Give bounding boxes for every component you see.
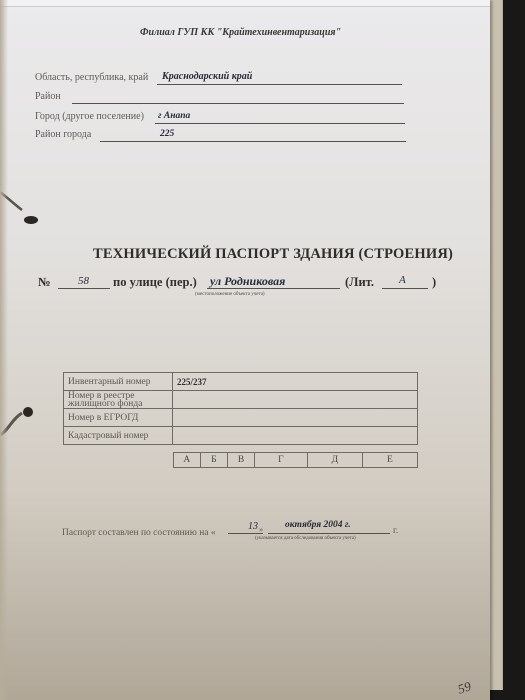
lit-label: (Лит. [345,275,374,290]
housing-registry-label: Номер в реестре жилищного фонда [64,391,173,409]
table-row: Инвентарный номер 225/237 [64,373,418,391]
inventory-number-label: Инвентарный номер [64,373,173,391]
day-line [228,533,263,534]
city-district-label: Район города [35,129,91,140]
page-number: 59 [456,678,473,697]
region-line [157,84,402,85]
letter-column: Г [254,453,307,468]
number-label: № [38,275,51,290]
street-line [207,288,340,289]
binding-string-top [0,170,45,230]
region-value: Краснодарский край [162,71,252,82]
date-label: Паспорт составлен по состоянию на « [62,528,216,538]
city-district-value: 225 [160,129,174,139]
day-close: » [259,525,263,534]
binding-string-bottom [0,395,40,445]
month-year-line [268,533,390,534]
number-line [58,288,110,289]
city-value: г Анапа [158,111,190,121]
lit-value: А [399,274,406,286]
table-row: Номер в реестре жилищного фонда [64,391,418,409]
table-row: Кадастровый номер [64,427,418,445]
lit-close: ) [432,275,436,290]
cadastral-label: Кадастровый номер [64,427,173,445]
building-number-value: 58 [78,275,89,287]
city-district-line [100,141,406,142]
date-suffix: г. [393,526,398,536]
city-label: Город (другое поселение) [35,111,144,122]
cadastral-value [173,427,418,445]
letter-column: А [174,453,201,468]
sheet-edge [0,0,490,7]
letter-columns: А Б В Г Д Е [173,452,418,468]
letter-column: В [228,453,255,468]
egrogd-label: Номер в ЕГРОГД [64,409,173,427]
inventory-number-value: 225/237 [173,373,418,391]
registry-table: Инвентарный номер 225/237 Номер в реестр… [63,372,418,445]
table-row: Номер в ЕГРОГД [64,409,418,427]
date-note: (указывается дата обследования объекта у… [255,536,356,541]
city-line [155,123,405,124]
letter-column: Е [362,453,417,468]
region-label: Область, республика, край [35,72,148,83]
street-label: по улице (пер.) [113,275,197,290]
document-title: ТЕХНИЧЕСКИЙ ПАСПОРТ ЗДАНИЯ (СТРОЕНИЯ) [93,246,453,263]
district-label: Район [35,91,61,102]
lit-line [382,288,428,289]
organization-header: Филиал ГУП КК "Крайтехинвентаризация" [140,27,341,38]
date-month-year: октября 2004 г. [285,520,351,530]
date-day: 13 [248,521,258,532]
letter-column: Б [200,453,228,468]
district-line [72,103,404,104]
document-page: Филиал ГУП КК "Крайтехинвентаризация" Об… [0,0,490,700]
street-note: (местоположение объекта учета) [195,292,265,297]
letter-column: Д [307,453,362,468]
egrogd-value [173,409,418,427]
housing-registry-value [173,391,418,409]
street-value: ул Родниковая [210,274,285,289]
